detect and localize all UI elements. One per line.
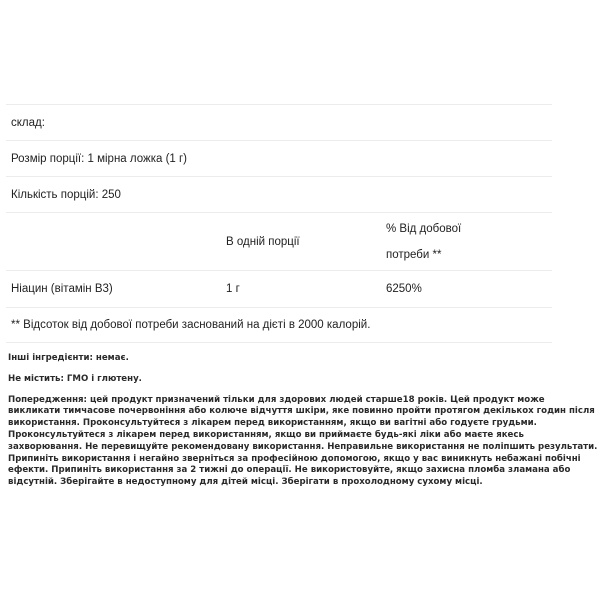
nutrient-daily-value: 6250%	[386, 282, 546, 296]
table-row: Ніацин (вітамін B3) 1 г 6250%	[6, 270, 552, 307]
nutrient-name: Ніацин (вітамін B3)	[11, 282, 226, 296]
header-daily-value-line1: % Від добової	[386, 223, 461, 235]
serving-size-row: Розмір порції: 1 мірна ложка (1 г)	[6, 140, 552, 176]
header-daily-value: % Від добової потреби **	[386, 216, 546, 268]
composition-label: склад:	[11, 116, 45, 130]
table-header-row: В одній порції % Від добової потреби **	[6, 212, 552, 270]
free-from: Не містить: ГМО і глютену.	[8, 374, 598, 386]
footnote: ** Відсоток від добової потреби заснован…	[11, 318, 370, 332]
supplement-facts-table: склад: Розмір порції: 1 мірна ложка (1 г…	[6, 104, 552, 343]
header-per-serving: В одній порції	[226, 235, 386, 249]
servings-count: Кількість порцій: 250	[11, 188, 121, 202]
serving-size: Розмір порції: 1 мірна ложка (1 г)	[11, 152, 187, 166]
footnote-row: ** Відсоток від добової потреби заснован…	[6, 307, 552, 343]
servings-count-row: Кількість порцій: 250	[6, 176, 552, 212]
composition-label-row: склад:	[6, 104, 552, 140]
header-daily-value-line2: потреби **	[386, 249, 441, 261]
product-notes: Інші інгредієнти: немає. Не містить: ГМО…	[8, 353, 598, 498]
warning-text: Попередження: цей продукт призначений ті…	[8, 395, 598, 489]
nutrient-per-serving: 1 г	[226, 282, 386, 296]
other-ingredients: Інші інгредієнти: немає.	[8, 353, 598, 365]
